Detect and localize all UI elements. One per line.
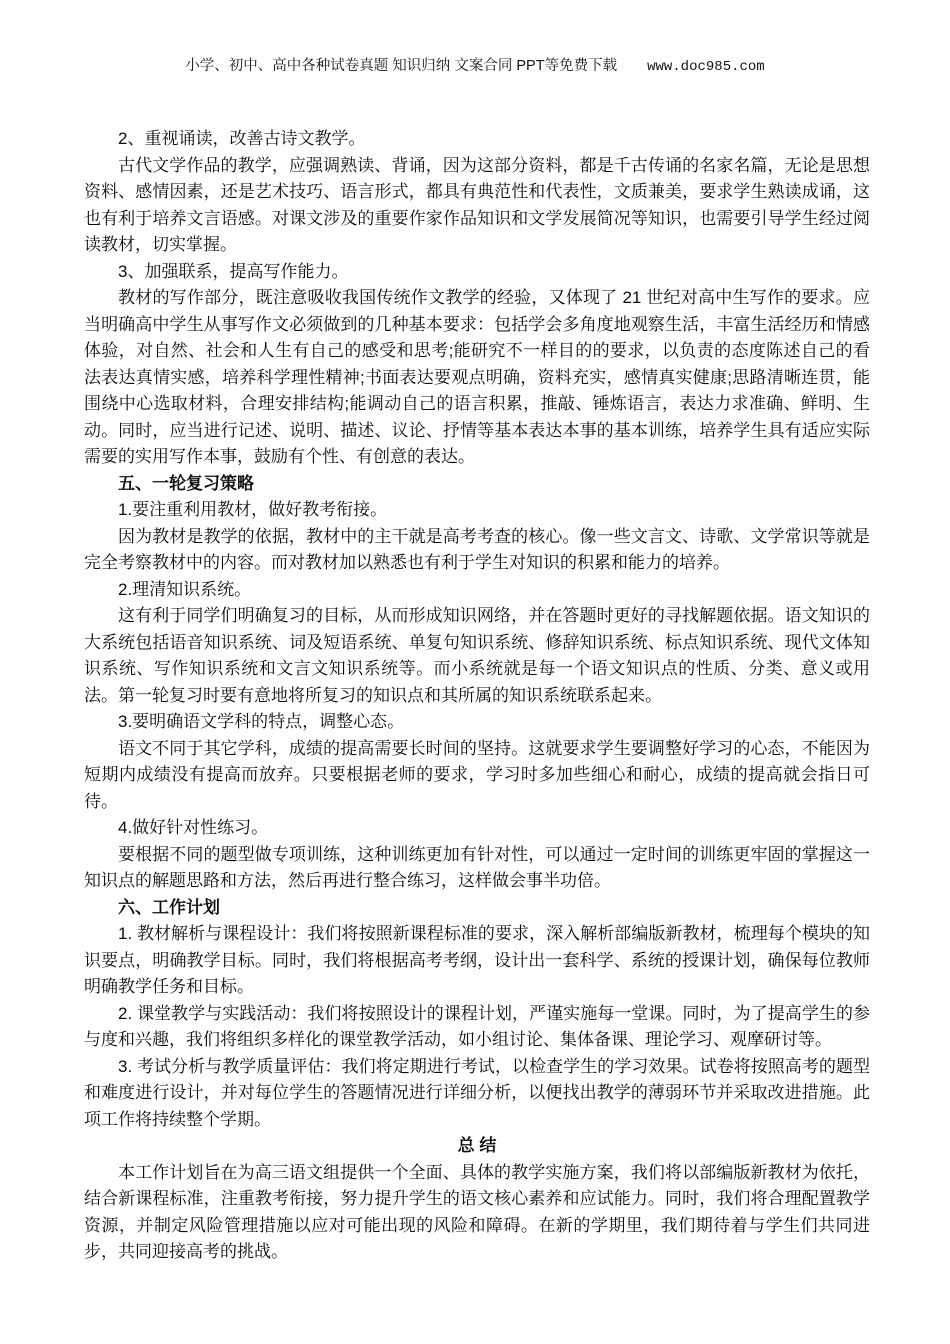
body-paragraph: 古代文学作品的教学，应强调熟读、背诵，因为这部分资料，都是千古传诵的名家名篇，无… bbox=[84, 153, 870, 259]
body-paragraph: 2.理清知识系统。 bbox=[84, 577, 870, 604]
page-header: 小学、初中、高中各种试卷真题 知识归纳 文案合同 PPT等免费下载www.doc… bbox=[0, 57, 950, 77]
body-paragraph: 语文不同于其它学科，成绩的提高需要长时间的坚持。这就要求学生要调整好学习的心态，… bbox=[84, 736, 870, 816]
document-page: 小学、初中、高中各种试卷真题 知识归纳 文案合同 PPT等免费下载www.doc… bbox=[0, 0, 950, 1344]
header-site-url[interactable]: www.doc985.com bbox=[647, 58, 765, 77]
section-heading: 五、一轮复习策略 bbox=[84, 471, 870, 498]
section-heading: 六、工作计划 bbox=[84, 895, 870, 922]
document-body: 2、重视诵读，改善古诗文教学。古代文学作品的教学，应强调熟读、背诵，因为这部分资… bbox=[84, 126, 870, 1266]
body-paragraph: 3.要明确语文学科的特点，调整心态。 bbox=[84, 709, 870, 736]
body-paragraph: 本工作计划旨在为高三语文组提供一个全面、具体的教学实施方案，我们将以部编版新教材… bbox=[84, 1160, 870, 1266]
body-paragraph: 3. 考试分析与教学质量评估：我们将定期进行考试，以检查学生的学习效果。试卷将按… bbox=[84, 1054, 870, 1134]
body-paragraph: 这有利于同学们明确复习的目标，从而形成知识网络，并在答题时更好的寻找解题依据。语… bbox=[84, 603, 870, 709]
body-paragraph: 4.做好针对性练习。 bbox=[84, 815, 870, 842]
body-paragraph: 1.要注重利用教材，做好教考衔接。 bbox=[84, 497, 870, 524]
body-paragraph: 2、重视诵读，改善古诗文教学。 bbox=[84, 126, 870, 153]
body-paragraph: 要根据不同的题型做专项训练，这种训练更加有针对性，可以通过一定时间的训练更牢固的… bbox=[84, 842, 870, 895]
body-paragraph: 因为教材是教学的依据，教材中的主干就是高考考查的核心。像一些文言文、诗歌、文学常… bbox=[84, 524, 870, 577]
body-paragraph: 3、加强联系，提高写作能力。 bbox=[84, 259, 870, 286]
summary-heading: 总 结 bbox=[84, 1133, 870, 1160]
body-paragraph: 2. 课堂教学与实践活动：我们将按照设计的课程计划，严谨实施每一堂课。同时，为了… bbox=[84, 1001, 870, 1054]
body-paragraph: 1. 教材解析与课程设计：我们将按照新课程标准的要求，深入解析部编版新教材，梳理… bbox=[84, 921, 870, 1001]
header-promo-text: 小学、初中、高中各种试卷真题 知识归纳 文案合同 PPT等免费下载 bbox=[185, 58, 617, 74]
body-paragraph: 教材的写作部分，既注意吸收我国传统作文教学的经验，又体现了 21 世纪对高中生写… bbox=[84, 285, 870, 471]
